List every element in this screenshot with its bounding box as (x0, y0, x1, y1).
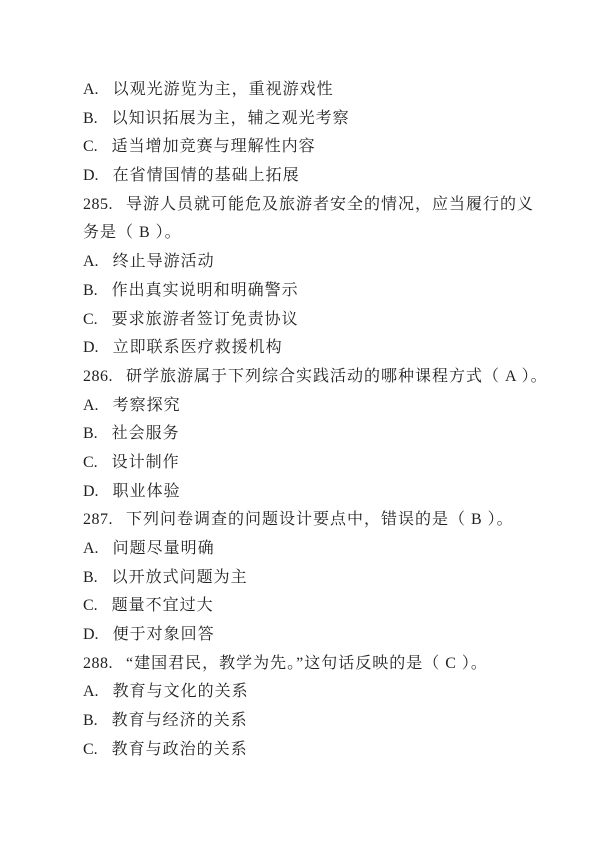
option-line: B.教育与经济的关系 (83, 707, 563, 736)
option-line: A.教育与文化的关系 (83, 678, 563, 707)
option-text: 适当增加竞赛与理解性内容 (112, 138, 316, 155)
question-text: 研学旅游属于下列综合实践活动的哪种课程方式（ A ）。 (126, 368, 548, 385)
option-text: 社会服务 (112, 425, 180, 442)
option-text: 题量不宜过大 (112, 597, 214, 614)
option-text: 作出真实说明和明确警示 (112, 282, 299, 299)
option-text: 设计制作 (112, 454, 180, 471)
option-text: 问题尽量明确 (113, 540, 215, 557)
option-label: D. (83, 621, 99, 650)
option-text: 便于对象回答 (113, 626, 215, 643)
question-text: 导游人员就可能危及旅游者安全的情况，应当履行的义 (126, 196, 534, 213)
option-line: D.立即联系医疗救援机构 (83, 334, 563, 363)
option-label: C. (83, 449, 98, 478)
option-text: 在省情国情的基础上拓展 (113, 167, 300, 184)
option-line: C.设计制作 (83, 449, 563, 478)
question-number: 285. (83, 191, 113, 220)
option-label: C. (83, 306, 98, 335)
question-287-stem: 287.下列问卷调查的问题设计要点中，错误的是（ B ）。 (83, 506, 563, 535)
option-line: A.以观光游览为主，重视游戏性 (83, 76, 563, 105)
question-text-continued: 务是（ B ）。 (83, 224, 182, 241)
option-line: D.职业体验 (83, 478, 563, 507)
option-label: A. (83, 535, 99, 564)
option-label: B. (83, 277, 98, 306)
option-label: D. (83, 334, 99, 363)
question-number: 286. (83, 363, 113, 392)
option-line: B.作出真实说明和明确警示 (83, 277, 563, 306)
option-text: 以开放式问题为主 (112, 569, 248, 586)
option-line: D.在省情国情的基础上拓展 (83, 162, 563, 191)
question-288-stem: 288.“建国君民，教学为先。”这句话反映的是（ C ）。 (83, 650, 563, 679)
question-285-stem-line2: 务是（ B ）。 (83, 219, 563, 248)
question-285-stem-line1: 285.导游人员就可能危及旅游者安全的情况，应当履行的义 (83, 191, 563, 220)
option-line: C.适当增加竞赛与理解性内容 (83, 133, 563, 162)
option-text: 立即联系医疗救援机构 (113, 339, 283, 356)
option-label: D. (83, 478, 99, 507)
option-label: B. (83, 420, 98, 449)
question-text: 下列问卷调查的问题设计要点中，错误的是（ B ）。 (126, 511, 514, 528)
option-label: B. (83, 564, 98, 593)
question-286-stem: 286.研学旅游属于下列综合实践活动的哪种课程方式（ A ）。 (83, 363, 563, 392)
option-text: 教育与文化的关系 (113, 683, 249, 700)
option-label: A. (83, 248, 99, 277)
option-line: C.题量不宜过大 (83, 592, 563, 621)
option-label: A. (83, 76, 99, 105)
option-label: A. (83, 392, 99, 421)
option-text: 职业体验 (113, 483, 181, 500)
option-line: A.终止导游活动 (83, 248, 563, 277)
exam-content: A.以观光游览为主，重视游戏性 B.以知识拓展为主，辅之观光考察 C.适当增加竞… (83, 76, 563, 765)
option-line: B.社会服务 (83, 420, 563, 449)
option-label: A. (83, 678, 99, 707)
option-label: C. (83, 736, 98, 765)
option-text: 考察探究 (113, 397, 181, 414)
option-line: C.要求旅游者签订免责协议 (83, 306, 563, 335)
question-text: “建国君民，教学为先。”这句话反映的是（ C ）。 (126, 655, 488, 672)
option-text: 要求旅游者签订免责协议 (112, 311, 299, 328)
option-label: B. (83, 105, 98, 134)
option-line: A.问题尽量明确 (83, 535, 563, 564)
option-label: B. (83, 707, 98, 736)
option-label: C. (83, 133, 98, 162)
option-text: 以观光游览为主，重视游戏性 (113, 81, 334, 98)
question-number: 288. (83, 650, 113, 679)
option-line: A.考察探究 (83, 392, 563, 421)
option-label: D. (83, 162, 99, 191)
option-line: B.以知识拓展为主，辅之观光考察 (83, 105, 563, 134)
option-text: 以知识拓展为主，辅之观光考察 (112, 110, 350, 127)
option-line: B.以开放式问题为主 (83, 564, 563, 593)
option-text: 终止导游活动 (113, 253, 215, 270)
option-line: C.教育与政治的关系 (83, 736, 563, 765)
option-text: 教育与经济的关系 (112, 712, 248, 729)
exam-document-page: A.以观光游览为主，重视游戏性 B.以知识拓展为主，辅之观光考察 C.适当增加竞… (0, 0, 600, 849)
option-label: C. (83, 592, 98, 621)
option-line: D.便于对象回答 (83, 621, 563, 650)
option-text: 教育与政治的关系 (112, 741, 248, 758)
question-number: 287. (83, 506, 113, 535)
